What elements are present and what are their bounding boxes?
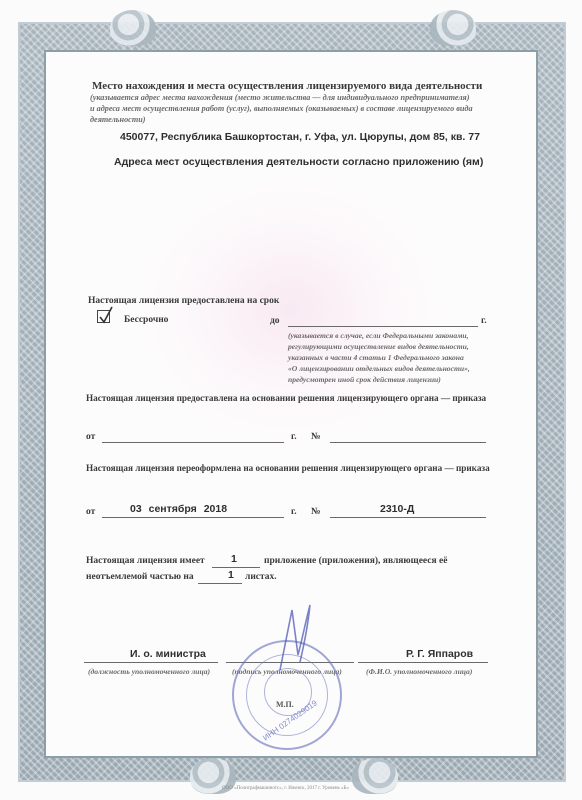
corner-ornament-icon: [110, 10, 156, 46]
reissued-date-month: сентября: [149, 503, 197, 515]
position-value: И. о. министра: [130, 648, 206, 660]
term-note-2: регулирующими осуществление видов деятел…: [288, 342, 469, 351]
reissued-number-label: №: [311, 507, 321, 517]
signature-icon: [270, 600, 320, 675]
reissued-date-value: 03 сентября 2018: [130, 503, 227, 515]
granted-date-line: [102, 442, 284, 443]
appendix-line2-suffix: листах.: [245, 572, 277, 582]
term-note-3: указанных в части 4 статьи 1 Федеральног…: [288, 353, 464, 362]
term-heading: Настоящая лицензия предоставлена на срок: [88, 296, 279, 306]
appendix-count-value: 1: [231, 553, 237, 565]
reissued-year-suffix: г.: [291, 507, 297, 517]
appendix-line1-suffix: приложение (приложения), являющееся её: [264, 556, 447, 566]
granted-year-suffix: г.: [291, 432, 297, 442]
stamp-place-label: М.П.: [276, 700, 294, 709]
position-caption: (должность уполномоченного лица): [88, 667, 210, 676]
reissued-number-line: [330, 517, 486, 518]
address-value: 450077, Республика Башкортостан, г. Уфа,…: [120, 131, 480, 143]
until-label: до: [270, 316, 280, 326]
term-note-1: (указывается в случае, если Федеральными…: [288, 331, 469, 340]
activity-addresses-value: Адреса мест осуществления деятельности с…: [114, 156, 483, 168]
printer-imprint: ООО «Полиграфмашинотс», г. Ижевск, 2017 …: [222, 786, 349, 791]
term-note-5: предусмотрен иной срок действия лицензии…: [288, 375, 441, 384]
reissued-date-year: 2018: [204, 503, 227, 515]
checkmark-icon: [97, 305, 115, 325]
appendix-line2-prefix: неотъемлемой частью на: [86, 572, 194, 582]
appendix-line1-prefix: Настоящая лицензия имеет: [86, 556, 205, 566]
term-note-4: «О лицензировании отдельных видов деятел…: [288, 364, 470, 373]
until-date-line: [288, 326, 478, 327]
sheet-count-value: 1: [228, 569, 234, 581]
appendix-count-line: [212, 567, 260, 568]
granted-number-line: [330, 442, 486, 443]
position-line: [84, 662, 218, 663]
granted-basis-heading: Настоящая лицензия предоставлена на осно…: [86, 393, 486, 403]
granted-from-label: от: [86, 432, 95, 442]
location-note-2: и адреса мест осуществления работ (услуг…: [90, 104, 473, 113]
reissued-from-label: от: [86, 507, 95, 517]
corner-ornament-icon: [352, 758, 398, 794]
sheet-count-line: [198, 583, 242, 584]
location-note-3: деятельности): [90, 115, 145, 124]
location-note-1: (указывается адрес места нахождения (мес…: [90, 93, 470, 102]
location-heading: Место нахождения и места осуществления л…: [92, 80, 482, 92]
unlimited-label: Бессрочно: [124, 315, 168, 325]
corner-ornament-icon: [430, 10, 476, 46]
granted-number-label: №: [311, 432, 321, 442]
until-year-suffix: г.: [481, 316, 487, 326]
reissued-number-value: 2310-Д: [380, 503, 414, 515]
name-value: Р. Г. Яппаров: [406, 648, 473, 660]
reissued-date-day: 03: [130, 503, 142, 515]
name-line: [358, 662, 488, 663]
reissued-basis-heading: Настоящая лицензия переоформлена на осно…: [86, 463, 490, 473]
reissued-date-line: [102, 517, 284, 518]
unlimited-checkbox[interactable]: [97, 310, 110, 323]
name-caption: (Ф.И.О. уполномоченного лица): [366, 667, 472, 676]
